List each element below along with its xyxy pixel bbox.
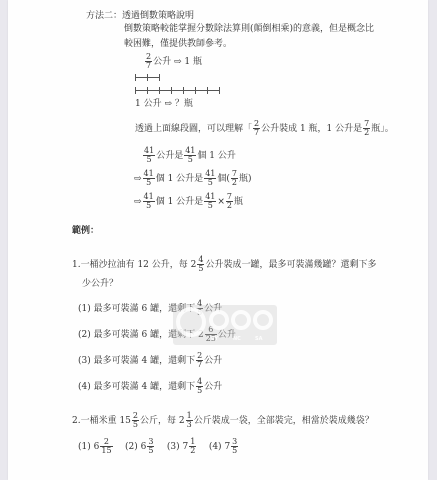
number-line-diagram <box>135 74 225 99</box>
sa-icon <box>253 310 273 330</box>
examples-heading: 範例： <box>72 225 99 237</box>
q1-option-4[interactable]: (4) 最多可裝滿 4 罐，還剩下45公升 <box>78 378 222 395</box>
method-desc-line1: 倒數策略較能掌握分數除法算則(顛倒相乘)的意義，但是概念比 <box>124 23 374 35</box>
by-icon <box>209 310 229 330</box>
q1-option-3[interactable]: (3) 最多可裝滿 4 罐，還剩下27公升 <box>78 352 222 369</box>
step-3: ⇨415個 1 公升是415×72瓶 <box>134 193 243 210</box>
fraction: 27 <box>145 53 152 70</box>
explanation-line: 透過上面線段圖，可以理解「27公升裝成 1 瓶，1 公升是72瓶」。 <box>135 120 394 137</box>
question-1-line2: 少公升？ <box>82 278 118 290</box>
arrow-icon: ⇨ <box>134 174 142 184</box>
q2-option-3[interactable]: (3) 712 <box>167 442 197 452</box>
q2-options: (1) 6215 (2) 635 (3) 712 (4) 735 <box>78 438 239 455</box>
method-desc-line2: 較困難，僅提供教師參考。 <box>124 38 232 50</box>
step-2: ⇨415個 1 公升是415個(72瓶) <box>134 170 252 187</box>
cc-license-watermark: BY NC SA <box>173 305 277 345</box>
nc-icon <box>231 310 251 330</box>
q2-option-1[interactable]: (1) 6215 <box>78 442 114 452</box>
method-title: 方法二：透過倒數策略說明 <box>86 10 194 22</box>
question-1: 1.一桶沙拉油有 12 公升，每 245公升裝成一罐，最多可裝滿幾罐？還剩下多 <box>72 256 376 273</box>
diagram-bottom-label: 1 公升 ⇨ ？瓶 <box>135 98 193 110</box>
cc-icon <box>176 307 206 337</box>
arrow-icon: ⇨ <box>134 197 142 207</box>
step-1: 415公升是415個 1 公升 <box>142 147 236 164</box>
document-page: 方法二：透過倒數策略說明 倒數策略較能掌握分數除法算則(顛倒相乘)的意義，但是概… <box>8 0 428 480</box>
diagram-top-label: 27公升 ⇨ 1 瓶 <box>144 53 202 70</box>
q2-option-4[interactable]: (4) 735 <box>209 442 239 452</box>
q2-option-2[interactable]: (2) 635 <box>125 442 155 452</box>
question-2: 2.一桶米重 1525公斤，每 213公斤裝成一袋，全部裝完，相當於裝成幾袋？ <box>72 412 374 429</box>
